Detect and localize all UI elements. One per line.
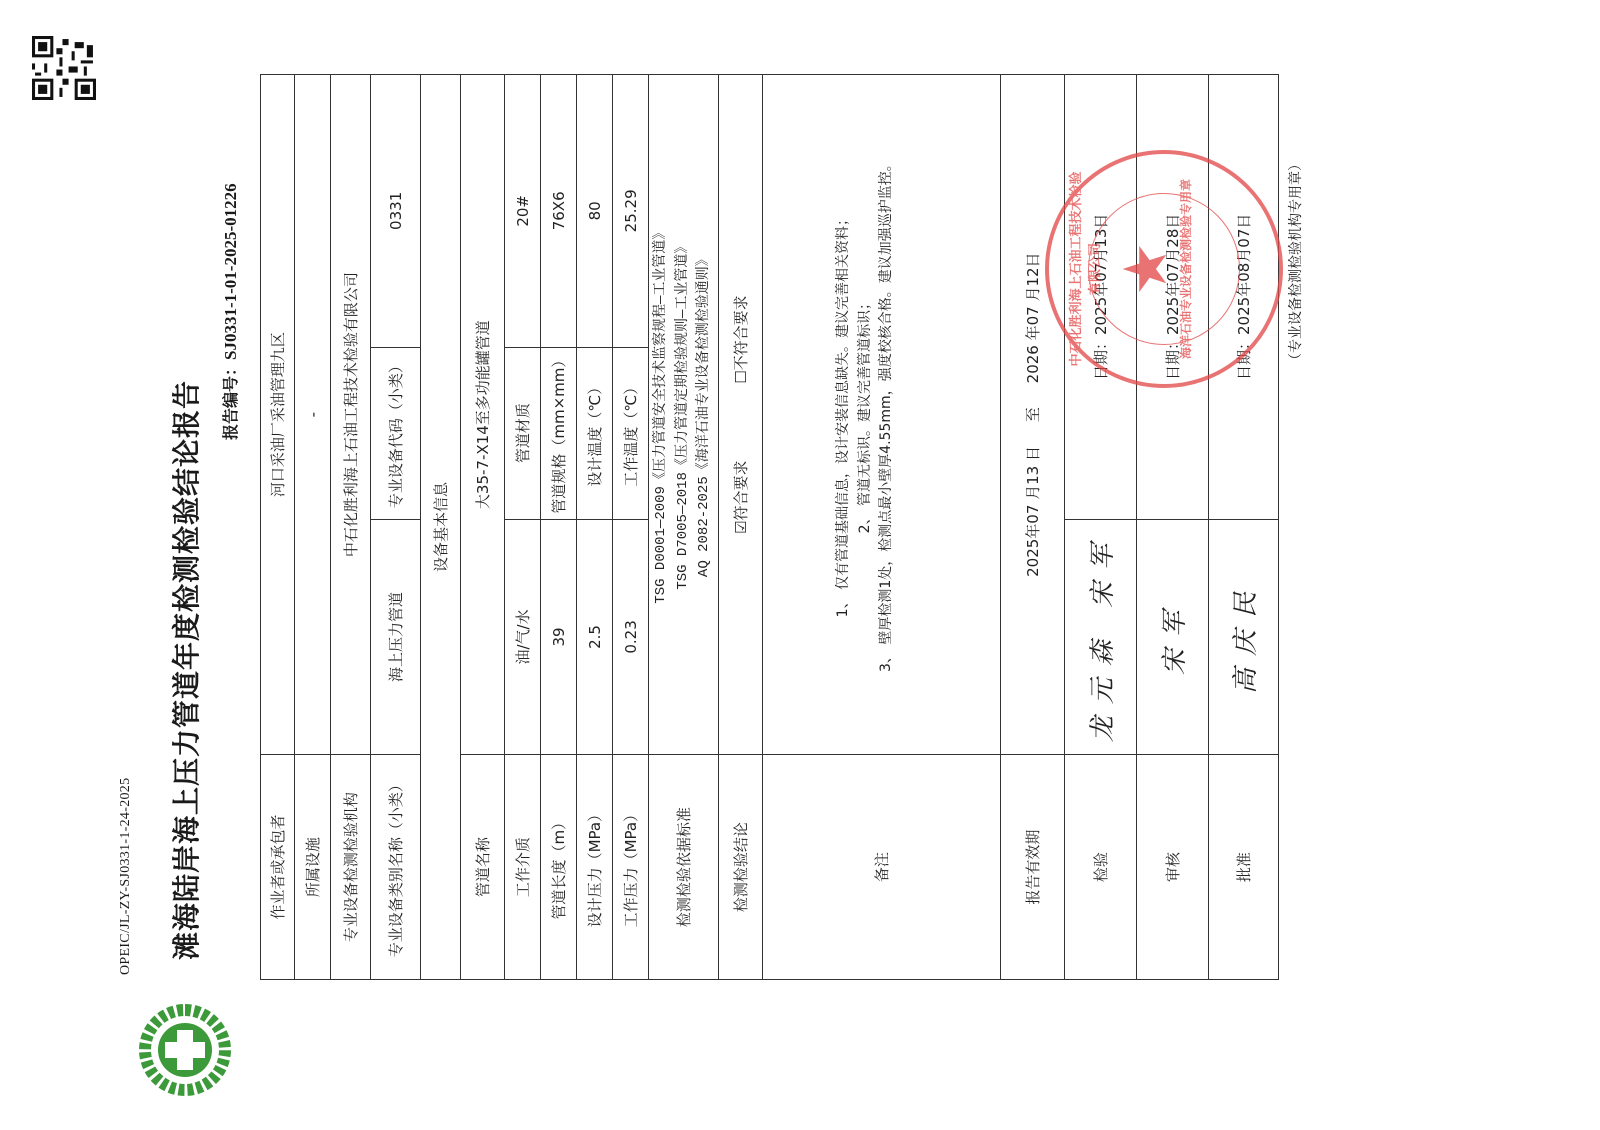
table-row: 检测检验依据标准 TSG D0001—2009《压力管道安全技术监察规程—工业管… xyxy=(649,75,719,980)
standard-item: TSG D0001—2009《压力管道安全技术监察规程—工业管道》 xyxy=(651,79,673,750)
work-temp-label: 工作温度（℃） xyxy=(613,347,649,519)
spec-label: 管道规格（mm×mm） xyxy=(541,347,577,519)
qr-code-icon xyxy=(32,36,96,100)
length-value: 39 xyxy=(541,519,577,755)
category-name-value: 海上压力管道 xyxy=(371,519,421,755)
report-number: 报告编号：SJ0331-1-01-2025-01226 xyxy=(218,183,241,440)
table-row: 所属设施 - xyxy=(295,75,331,980)
remarks-label: 备注 xyxy=(763,755,1001,980)
pipe-name-label: 管道名称 xyxy=(461,755,505,980)
work-temp-value: 25.29 xyxy=(613,75,649,348)
remark-item: 3、 壁厚检测1处，检测点最小壁厚4.55mm，强度校核合格。建议加强巡护监控。 xyxy=(876,79,898,750)
category-code-label: 专业设备代码（小类） xyxy=(371,347,421,519)
remark-item: 2、 管道无标识。建议完善管道标识； xyxy=(855,79,877,750)
document-id: OPEIC/JL-ZY-SJ0331-1-24-2025 xyxy=(118,778,134,975)
agency-label: 专业设备检测检验机构 xyxy=(331,755,371,980)
table-row: 管道名称 大35-7-X14至多功能罐管道 xyxy=(461,75,505,980)
table-row: 管道长度（m） 39 管道规格（mm×mm） 76X6 xyxy=(541,75,577,980)
standards-list: TSG D0001—2009《压力管道安全技术监察规程—工业管道》 TSG D7… xyxy=(649,75,719,755)
design-pressure-label: 设计压力（MPa） xyxy=(577,755,613,980)
work-pressure-value: 0.23 xyxy=(613,519,649,755)
conclusion-options: ☑符合要求 ☐不符合要求 xyxy=(719,75,763,755)
design-temp-label: 设计温度（℃） xyxy=(577,347,613,519)
basic-info-header: 设备基本信息 xyxy=(421,75,461,980)
table-row: 工作压力（MPa） 0.23 工作温度（℃） 25.29 xyxy=(613,75,649,980)
validity-value: 2025年07 月13 日 至 2026 年07 月12日 xyxy=(1001,75,1065,755)
approve-label: 批准 xyxy=(1209,755,1279,980)
inspect-signature: 龙元森 宋军 xyxy=(1065,519,1137,755)
facility-label: 所属设施 xyxy=(295,755,331,980)
remarks-list: 1、 仅有管道基础信息，设计安装信息缺失。建议完善相关资料； 2、 管道无标识。… xyxy=(763,75,1001,755)
conclusion-pass-checkbox[interactable]: ☑符合要求 xyxy=(730,461,751,534)
length-label: 管道长度（m） xyxy=(541,755,577,980)
pipe-name-value: 大35-7-X14至多功能罐管道 xyxy=(461,75,505,755)
medium-label: 工作介质 xyxy=(505,755,541,980)
report-page: OPEIC/JL-ZY-SJ0331-1-24-2025 滩海陆岸海上压力管道年… xyxy=(0,0,1600,1130)
work-pressure-label: 工作压力（MPa） xyxy=(613,755,649,980)
category-name-label: 专业设备类别名称（小类） xyxy=(371,755,421,980)
table-row: 工作介质 油/气/水 管道材质 20# xyxy=(505,75,541,980)
table-row: 作业者或承包者 河口采油厂采油管理九区 xyxy=(261,75,295,980)
design-pressure-value: 2.5 xyxy=(577,519,613,755)
green-cross-gear-logo xyxy=(135,1000,235,1100)
design-temp-value: 80 xyxy=(577,75,613,348)
official-seal: 中石化胜利海上石油工程技术检验有限公司 ★ 海洋石油专业设备检测检验专用章 xyxy=(1045,150,1283,388)
conclusion-label: 检测检验结论 xyxy=(719,755,763,980)
table-row: 专业设备类别名称（小类） 海上压力管道 专业设备代码（小类） 0331 xyxy=(371,75,421,980)
medium-value: 油/气/水 xyxy=(505,519,541,755)
table-row: 检测检验结论 ☑符合要求 ☐不符合要求 xyxy=(719,75,763,980)
operator-label: 作业者或承包者 xyxy=(261,755,295,980)
spec-value: 76X6 xyxy=(541,75,577,348)
inspect-label: 检验 xyxy=(1065,755,1137,980)
table-row: 设备基本信息 xyxy=(421,75,461,980)
report-number-value: SJ0331-1-01-2025-01226 xyxy=(221,183,240,360)
agency-value: 中石化胜利海上石油工程技术检验有限公司 xyxy=(331,75,371,755)
standard-item: AQ 2082-2025《海洋石油专业设备检测检验通则》 xyxy=(694,79,716,750)
review-label: 审核 xyxy=(1137,755,1209,980)
standard-item: TSG D7005—2018《压力管道定期检验规则—工业管道》 xyxy=(673,79,695,750)
facility-value: - xyxy=(295,75,331,755)
seal-inner-text: 海洋石油专业设备检测检验专用章 xyxy=(1177,164,1194,374)
table-row: 报告有效期 2025年07 月13 日 至 2026 年07 月12日 xyxy=(1001,75,1065,980)
conclusion-fail-checkbox[interactable]: ☐不符合要求 xyxy=(730,295,751,383)
approve-signature: 高庆民 xyxy=(1209,519,1279,755)
remark-item: 1、 仅有管道基础信息，设计安装信息缺失。建议完善相关资料； xyxy=(833,79,855,750)
star-icon: ★ xyxy=(1111,242,1181,296)
page-title: 滩海陆岸海上压力管道年度检测检验结论报告 xyxy=(165,160,205,960)
review-signature: 宋军 xyxy=(1137,519,1209,755)
table-row: 专业设备检测检验机构 中石化胜利海上石油工程技术检验有限公司 xyxy=(331,75,371,980)
operator-value: 河口采油厂采油管理九区 xyxy=(261,75,295,755)
seal-caption: （专业设备检测检验机构专用章） xyxy=(1285,142,1305,382)
report-number-label: 报告编号： xyxy=(221,360,240,440)
material-value: 20# xyxy=(505,75,541,348)
table-row: 设计压力（MPa） 2.5 设计温度（℃） 80 xyxy=(577,75,613,980)
standards-label: 检测检验依据标准 xyxy=(649,755,719,980)
category-code-value: 0331 xyxy=(371,75,421,348)
validity-label: 报告有效期 xyxy=(1001,755,1065,980)
material-label: 管道材质 xyxy=(505,347,541,519)
table-row: 备注 1、 仅有管道基础信息，设计安装信息缺失。建议完善相关资料； 2、 管道无… xyxy=(763,75,1001,980)
